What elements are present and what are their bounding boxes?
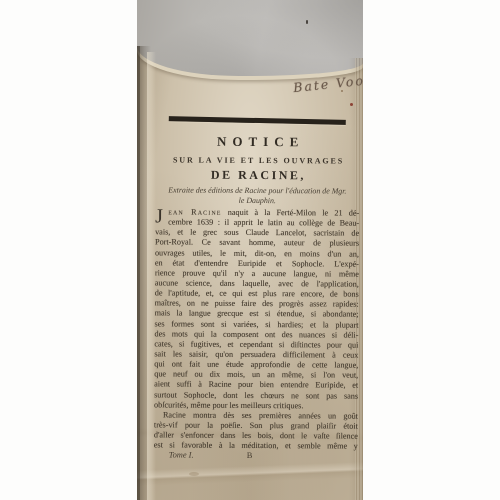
page-title: NOTICE xyxy=(156,133,360,150)
body-line: aient suffi à Racine pour bien entendre … xyxy=(154,380,358,391)
spine-edge xyxy=(137,46,140,500)
page-footer: Tome I. B xyxy=(154,450,358,462)
header-rule xyxy=(169,116,346,125)
source-note: Extraite des éditions de Racine pour l'é… xyxy=(155,185,359,206)
book-photo: Bate Voor NOTICE SUR LA VIE ET LES OUVRA… xyxy=(137,0,363,500)
page-subject: DE RACINE, xyxy=(155,167,359,183)
page-subtitle: SUR LA VIE ET LES OUVRAGES xyxy=(156,155,360,165)
small-caps-name: ean Racine xyxy=(168,207,221,216)
body-line: Port-Royal. Ce savant homme, auteur de p… xyxy=(155,238,359,249)
signature-mark: B xyxy=(247,451,253,460)
source-note-line: le Dauphin. xyxy=(155,195,359,206)
photo-canvas: Bate Voor NOTICE SUR LA VIE ET LES OUVRA… xyxy=(0,0,500,500)
source-note-line: Extraite des éditions de Racine pour l'é… xyxy=(155,185,359,196)
printed-page: NOTICE SUR LA VIE ET LES OUVRAGES DE RAC… xyxy=(153,0,360,500)
volume-label: Tome I. xyxy=(169,450,194,459)
body-line: mais la langue grecque est si étendue, s… xyxy=(155,309,359,320)
body-text: ean Racine naquit à la Ferté-Milon le 21… xyxy=(154,207,359,452)
